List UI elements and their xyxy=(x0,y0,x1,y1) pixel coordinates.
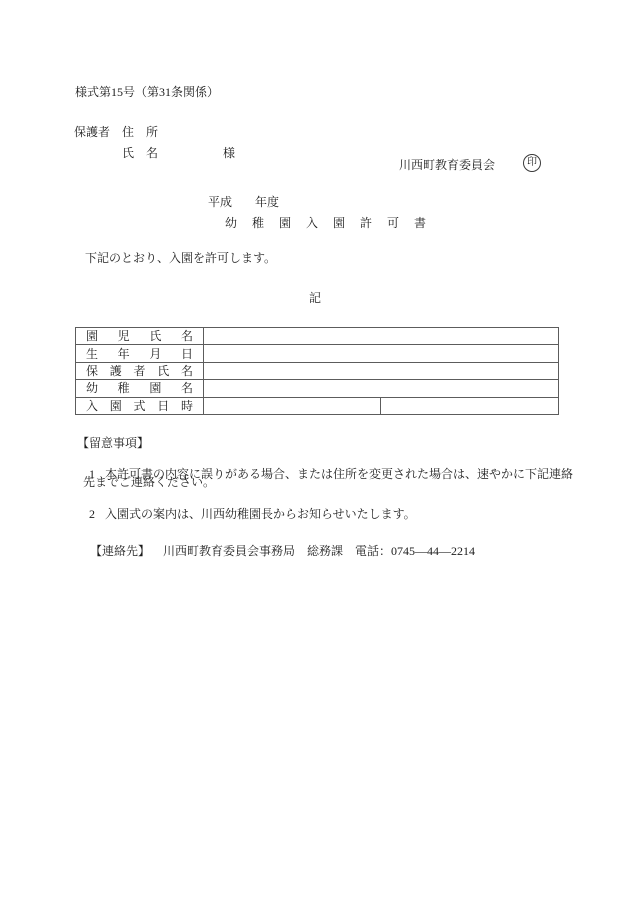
value-birth-date xyxy=(204,345,559,362)
value-ceremony-datetime-1 xyxy=(204,397,381,414)
label-guardian-name-text: 保護者氏名 xyxy=(86,365,193,377)
table-row: 生年月日 xyxy=(76,345,559,362)
value-guardian-name xyxy=(204,362,559,379)
table-row: 園児氏名 xyxy=(76,328,559,345)
seal-character: 印 xyxy=(527,158,537,168)
note-item-2-number: 2 xyxy=(89,508,105,520)
value-child-name xyxy=(204,328,559,345)
label-guardian-name: 保護者氏名 xyxy=(76,362,204,379)
contact-line: 【連絡先】川西町教育委員会事務局 総務課 電話：0745—44—2214 xyxy=(78,533,475,569)
notes-heading: 【留意事項】 xyxy=(77,437,149,449)
label-birth-date-text: 生年月日 xyxy=(86,348,193,360)
contact-body: 川西町教育委員会事務局 総務課 電話：0745—44—2214 xyxy=(163,544,475,558)
document-title: 幼稚園入園許可書 xyxy=(225,217,441,229)
admission-table: 園児氏名 生年月日 保護者氏名 幼稚園名 入園式日時 xyxy=(75,327,559,415)
era-year-line: 平成 年度 xyxy=(208,196,279,208)
document-page: 様式第15号（第31条関係） 保護者 住 所 氏 名 様 川西町教育委員会 印 … xyxy=(0,0,630,915)
year-blank-field xyxy=(232,196,255,208)
label-child-name-text: 園児氏名 xyxy=(86,330,193,342)
label-ceremony-datetime-text: 入園式日時 xyxy=(86,400,193,412)
contact-label: 【連絡先】 xyxy=(90,544,150,558)
year-suffix-label: 年度 xyxy=(255,196,279,208)
value-kindergarten-name xyxy=(204,380,559,397)
seal-icon: 印 xyxy=(523,154,541,172)
note-item-2-line-1: 2入園式の案内は、川西幼稚園長からお知らせいたします。 xyxy=(77,496,416,532)
note-item-1-line-2: 先までご連絡ください。 xyxy=(83,476,215,488)
table-row: 保護者氏名 xyxy=(76,362,559,379)
guardian-address-label: 住 所 xyxy=(122,126,158,138)
ki-marker: 記 xyxy=(0,292,630,304)
honorific-label: 様 xyxy=(223,147,235,159)
era-label: 平成 xyxy=(208,196,232,208)
table-row: 幼稚園名 xyxy=(76,380,559,397)
label-kindergarten-name-text: 幼稚園名 xyxy=(86,382,193,394)
table-row: 入園式日時 xyxy=(76,397,559,414)
value-ceremony-datetime-2 xyxy=(381,397,559,414)
guardian-name-label: 氏 名 xyxy=(122,147,158,159)
guardian-label: 保護者 xyxy=(74,126,110,138)
note-item-2-text: 入園式の案内は、川西幼稚園長からお知らせいたします。 xyxy=(105,507,416,521)
label-kindergarten-name: 幼稚園名 xyxy=(76,380,204,397)
label-ceremony-datetime: 入園式日時 xyxy=(76,397,204,414)
form-number: 様式第15号（第31条関係） xyxy=(75,86,219,98)
label-child-name: 園児氏名 xyxy=(76,328,204,345)
issuer-name: 川西町教育委員会 xyxy=(399,159,495,171)
intro-text: 下記のとおり、入園を許可します。 xyxy=(85,252,276,264)
label-birth-date: 生年月日 xyxy=(76,345,204,362)
